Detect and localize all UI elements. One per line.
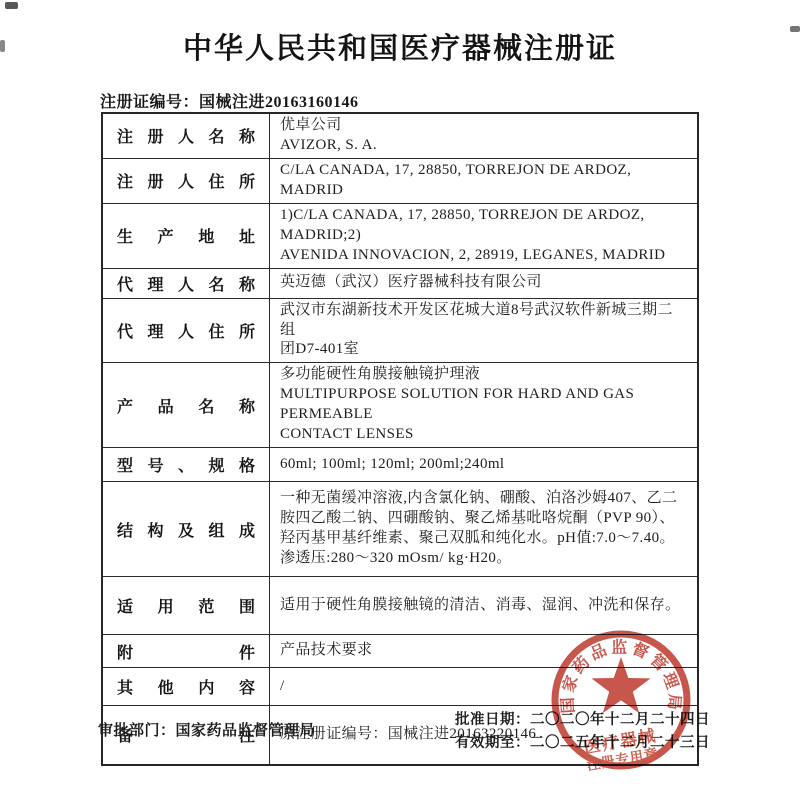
row-label-registrant-address: 注册人住所: [117, 169, 255, 192]
row-value-scope: 适用于硬性角膜接触镜的清洁、消毒、湿润、冲洗和保存。: [280, 596, 683, 616]
valid-until-label: 有效期至：: [455, 735, 530, 751]
table-row: 代理人名称 英迈德（武汉）医疗器械科技有限公司: [102, 268, 698, 298]
row-value-attachment: 产品技术要求: [280, 641, 683, 661]
row-value-production-address: 1)C/LA CANADA, 17, 28850, TORREJON DE AR…: [280, 206, 683, 266]
table-row: 适用范围 适用于硬性角膜接触镜的清洁、消毒、湿润、冲洗和保存。: [102, 577, 698, 635]
table-row: 代理人住所 武汉市东湖新技术开发区花城大道8号武汉软件新城三期二组 团D7-40…: [102, 298, 698, 363]
row-value-model-spec: 60ml; 100ml; 120ml; 200ml;240ml: [280, 455, 683, 475]
row-value-registrant-address: C/LA CANADA, 17, 28850, TORREJON DE ARDO…: [280, 161, 683, 201]
approval-department-value: 国家药品监督管理局: [176, 723, 316, 739]
row-value-agent-address: 武汉市东湖新技术开发区花城大道8号武汉软件新城三期二组 团D7-401室: [280, 301, 683, 361]
valid-until-line: 有效期至：二〇二五年十二月二十三日: [455, 731, 710, 752]
row-value-other-content: /: [280, 677, 683, 697]
approval-date-value: 二〇二〇年十二月二十四日: [530, 712, 710, 728]
approval-department-label: 审批部门：: [98, 723, 176, 739]
table-row: 产品名称 多功能硬性角膜接触镜护理液 MULTIPURPOSE SOLUTION…: [102, 363, 698, 448]
registration-table: 注册人名称 优卓公司 AVIZOR, S. A. 注册人住所 C/LA CANA…: [101, 112, 699, 766]
row-label-registrant-name: 注册人名称: [117, 124, 255, 147]
row-label-composition: 结构及组成: [117, 518, 255, 541]
row-label-scope: 适用范围: [117, 594, 255, 617]
scan-artifact: [0, 40, 5, 52]
table-row: 附件 产品技术要求: [102, 635, 698, 668]
approval-date-label: 批准日期：: [455, 712, 530, 728]
table-row: 结构及组成 一种无菌缓冲溶液,内含氯化钠、硼酸、泊洛沙姆407、乙二胺四乙酸二钠…: [102, 482, 698, 577]
row-label-attachment: 附件: [117, 640, 255, 663]
table-row: 型号、规格 60ml; 100ml; 120ml; 200ml;240ml: [102, 448, 698, 482]
row-label-production-address: 生产地址: [117, 224, 255, 247]
row-value-registrant-name: 优卓公司 AVIZOR, S. A.: [280, 116, 683, 156]
row-label-other-content: 其他内容: [117, 675, 255, 698]
row-value-product-name: 多功能硬性角膜接触镜护理液 MULTIPURPOSE SOLUTION FOR …: [280, 365, 683, 445]
row-label-agent-name: 代理人名称: [117, 272, 255, 295]
row-label-product-name: 产品名称: [117, 394, 255, 417]
row-value-agent-name: 英迈德（武汉）医疗器械科技有限公司: [280, 273, 683, 293]
cert-number-label: 注册证编号：: [100, 94, 199, 111]
row-label-agent-address: 代理人住所: [117, 319, 255, 342]
valid-until-value: 二〇二五年十二月二十三日: [530, 735, 710, 751]
scan-artifact: [790, 26, 800, 32]
table-row: 其他内容 /: [102, 668, 698, 706]
cert-number-line: 注册证编号：国械注进20163160146: [100, 89, 359, 112]
row-value-composition: 一种无菌缓冲溶液,内含氯化钠、硼酸、泊洛沙姆407、乙二胺四乙酸二钠、四硼酸钠、…: [280, 489, 683, 569]
cert-number-value: 国械注进20163160146: [199, 94, 359, 114]
approval-date-line: 批准日期：二〇二〇年十二月二十四日: [455, 708, 710, 729]
approval-department-line: 审批部门：国家药品监督管理局: [98, 719, 315, 740]
table-row: 注册人名称 优卓公司 AVIZOR, S. A.: [102, 113, 698, 158]
table-row: 注册人住所 C/LA CANADA, 17, 28850, TORREJON D…: [102, 158, 698, 203]
row-label-model-spec: 型号、规格: [117, 453, 255, 476]
scan-artifact: [5, 2, 18, 9]
page-title: 中华人民共和国医疗器械注册证: [0, 26, 800, 67]
table-row: 生产地址 1)C/LA CANADA, 17, 28850, TORREJON …: [102, 203, 698, 268]
